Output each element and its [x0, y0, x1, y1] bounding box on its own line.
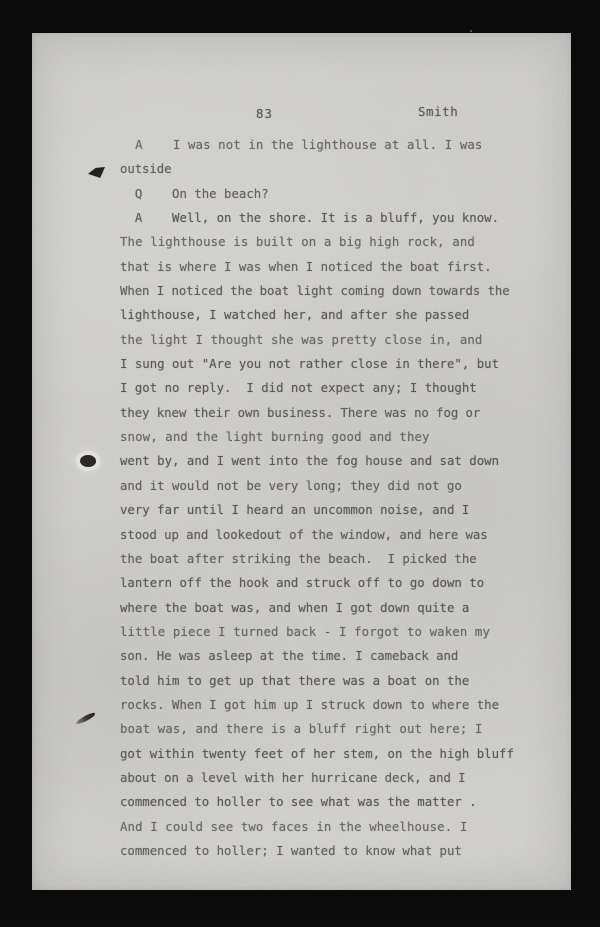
text-line: son. He was asleep at the time. I cameba…: [120, 644, 560, 668]
page-number: 83: [256, 106, 273, 121]
text-line: When I noticed the boat light coming dow…: [120, 279, 560, 303]
typewritten-content: 83 Smith A I was not in the lighthouse a…: [32, 33, 571, 890]
text-line: where the boat was, and when I got down …: [120, 596, 560, 620]
text-line: they knew their own business. There was …: [120, 401, 560, 425]
text-line: told him to get up that there was a boat…: [120, 669, 560, 693]
text-line: The lighthouse is built on a big high ro…: [120, 230, 560, 254]
text-line: went by, and I went into the fog house a…: [120, 449, 560, 473]
transcript-text-block: A I was not in the lighthouse at all. I …: [120, 133, 560, 863]
text-line: and it would not be very long; they did …: [120, 474, 560, 498]
text-line: the light I thought she was pretty close…: [120, 328, 560, 352]
text-line: commenced to holler to see what was the …: [120, 790, 560, 814]
text-line: little piece I turned back - I forgot to…: [120, 620, 560, 644]
text-line: lighthouse, I watched her, and after she…: [120, 303, 560, 327]
text-line: And I could see two faces in the wheelho…: [120, 815, 560, 839]
text-line: commenced to holler; I wanted to know wh…: [120, 839, 560, 863]
text-line: outside: [120, 157, 560, 181]
text-line: got within twenty feet of her stem, on t…: [120, 742, 560, 766]
document-page: 83 Smith A I was not in the lighthouse a…: [32, 33, 571, 890]
text-line: lantern off the hook and struck off to g…: [120, 571, 560, 595]
text-line: stood up and lookedout of the window, an…: [120, 523, 560, 547]
text-line: A I was not in the lighthouse at all. I …: [120, 133, 560, 157]
text-line: very far until I heard an uncommon noise…: [120, 498, 560, 522]
text-line: I got no reply. I did not expect any; I …: [120, 376, 560, 400]
text-line: about on a level with her hurricane deck…: [120, 766, 560, 790]
dust-speck: [470, 30, 472, 32]
text-line: Q On the beach?: [120, 182, 560, 206]
text-line: snow, and the light burning good and the…: [120, 425, 560, 449]
text-line: rocks. When I got him up I struck down t…: [120, 693, 560, 717]
text-line: boat was, and there is a bluff right out…: [120, 717, 560, 741]
text-line: the boat after striking the beach. I pic…: [120, 547, 560, 571]
text-line: I sung out "Are you not rather close in …: [120, 352, 560, 376]
scanner-bed: 83 Smith A I was not in the lighthouse a…: [0, 0, 600, 927]
text-line: that is where I was when I noticed the b…: [120, 255, 560, 279]
margin-ink-blob-mark-icon: [80, 455, 96, 467]
witness-name-header: Smith: [418, 104, 458, 119]
text-line: A Well, on the shore. It is a bluff, you…: [120, 206, 560, 230]
